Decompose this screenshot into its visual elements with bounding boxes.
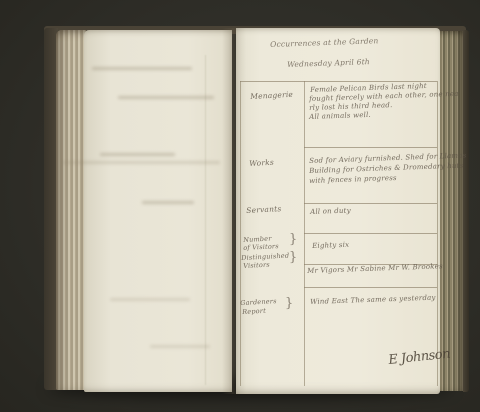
bleed-through-text — [62, 161, 220, 164]
book-cover-right-edge — [463, 30, 469, 392]
row-label-servants: Servants — [246, 204, 282, 215]
bleed-through-text — [110, 298, 190, 301]
bleed-through-text — [142, 201, 194, 204]
left-page-blank — [84, 30, 232, 392]
label-brace: } — [289, 253, 297, 262]
row-label-works: Works — [249, 158, 274, 168]
page-edges-right — [440, 31, 465, 391]
page-edges-left — [56, 30, 86, 390]
gutter-shadow — [222, 28, 246, 394]
bleed-through-margin-line — [205, 55, 206, 385]
row-rule — [304, 203, 437, 204]
row-label-distinguished-visitors: Visitors — [243, 261, 270, 271]
label-brace: } — [285, 299, 293, 308]
row-rule — [304, 233, 437, 234]
label-brace: } — [289, 235, 297, 244]
bleed-through-text — [150, 345, 210, 348]
bleed-through-text — [92, 67, 192, 70]
bleed-through-text — [100, 153, 175, 156]
entry-line: Eighty six — [312, 241, 349, 251]
entry-line: All on duty — [310, 207, 351, 217]
table-left-rule — [240, 81, 241, 386]
table-right-rule — [437, 81, 438, 386]
bleed-through-text — [118, 96, 214, 99]
row-label-gardeners-report: Report — [242, 307, 266, 317]
photograph-of-open-ledger: Occurrences at the Garden Wednesday Apri… — [0, 0, 480, 412]
row-rule — [304, 287, 437, 288]
row-rule — [304, 147, 437, 148]
